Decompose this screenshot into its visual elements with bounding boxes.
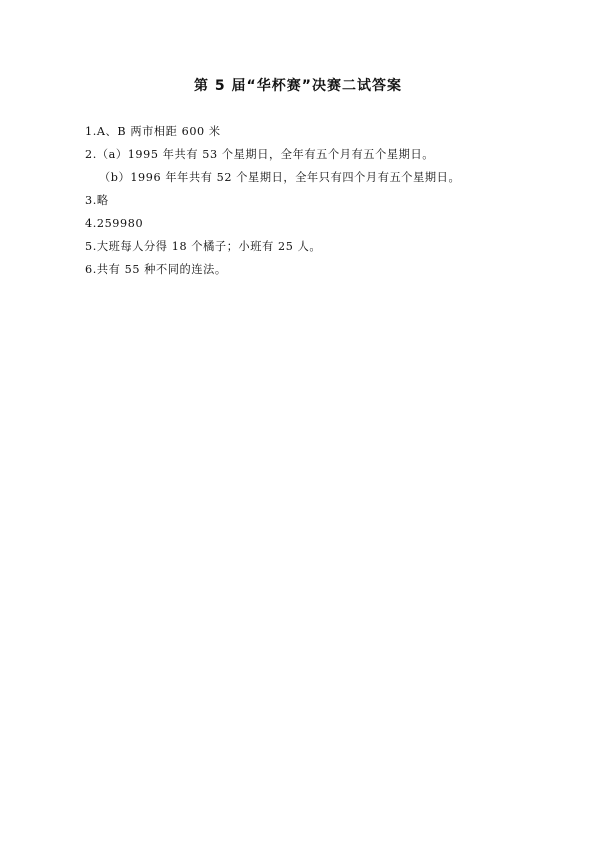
answer-5: 5.大班每人分得 18 个橘子；小班有 25 人。 bbox=[85, 235, 460, 258]
answer-6: 6.共有 55 种不同的连法。 bbox=[85, 258, 460, 281]
answer-2b: （b）1996 年年共有 52 个星期日，全年只有四个月有五个星期日。 bbox=[85, 166, 460, 189]
page-title: 第 5 届“华杯赛”决赛二试答案 bbox=[0, 75, 596, 95]
answer-1: 1.A、B 两市相距 600 米 bbox=[85, 120, 460, 143]
answer-2a: 2.（a）1995 年共有 53 个星期日，全年有五个月有五个星期日。 bbox=[85, 143, 460, 166]
answer-list: 1.A、B 两市相距 600 米 2.（a）1995 年共有 53 个星期日，全… bbox=[85, 120, 460, 281]
answer-4: 4.259980 bbox=[85, 212, 460, 235]
answer-3: 3.略 bbox=[85, 189, 460, 212]
